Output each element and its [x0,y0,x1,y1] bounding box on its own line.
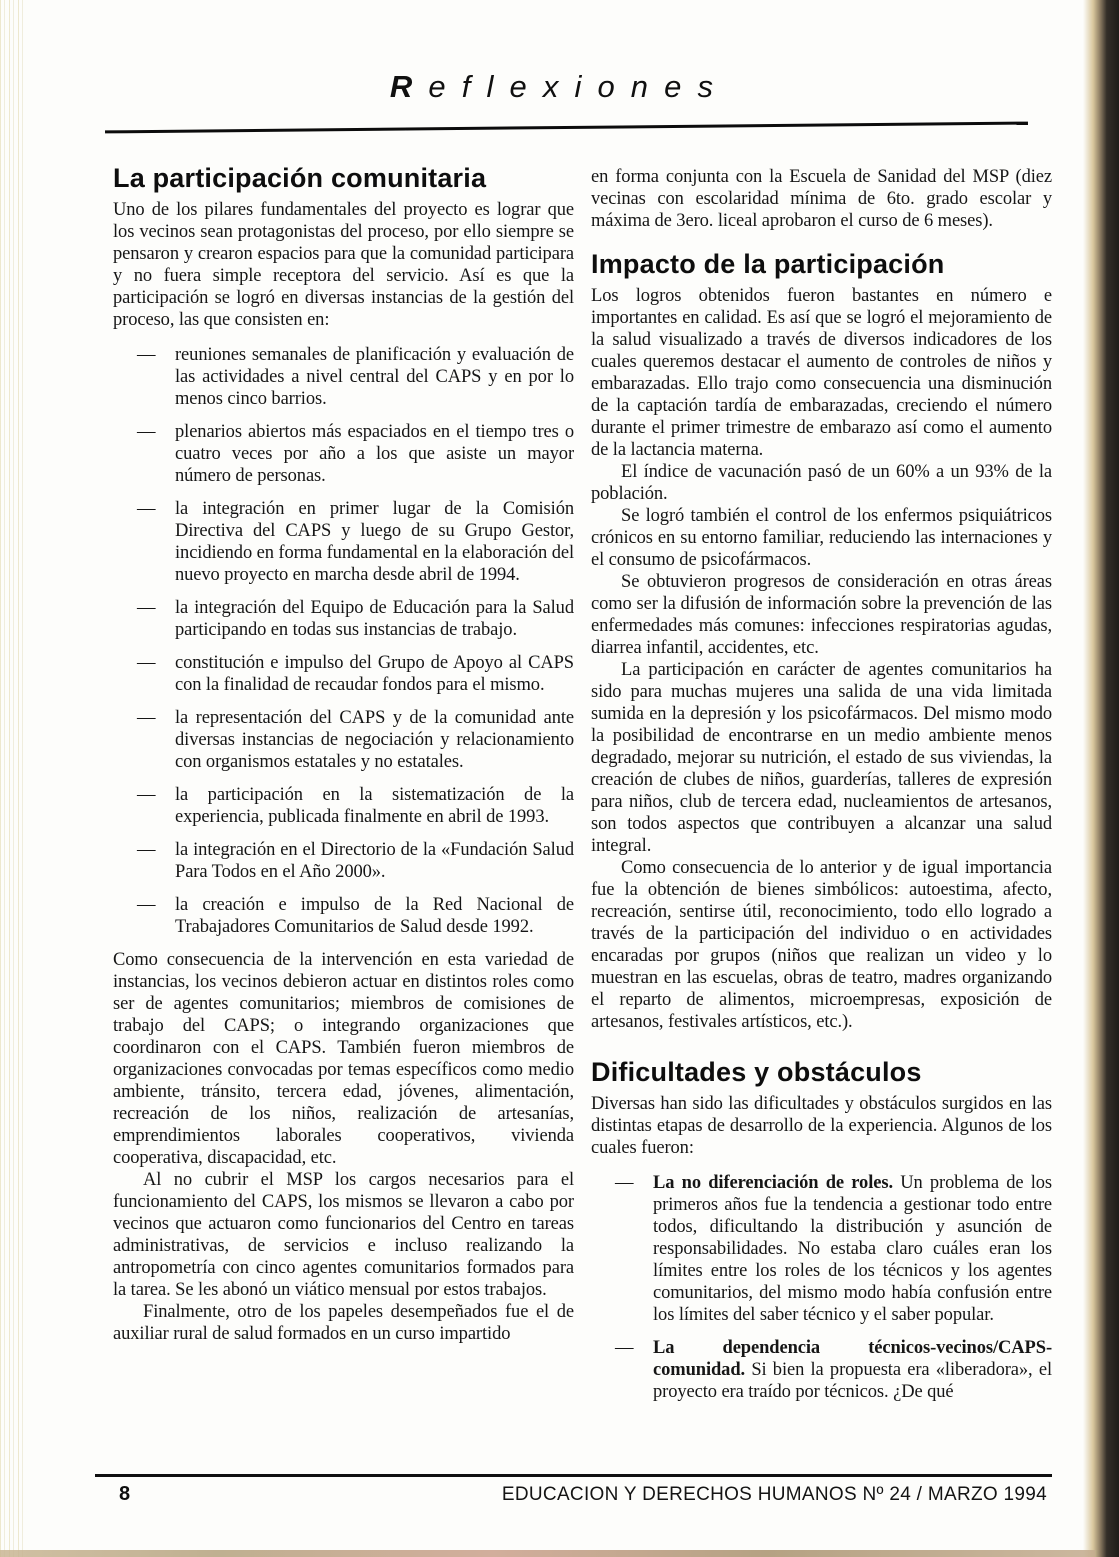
dificultades-list: — La no diferenciación de roles. Un prob… [591,1172,1052,1403]
list-item-body: Un problema de los primeros años fue la … [653,1173,1052,1325]
heading-dificultades: Dificultades y obstáculos [591,1057,1052,1088]
list-item-text: constitución e impulso del Grupo de Apoy… [175,652,574,696]
dash-bullet-marker: — [591,1337,653,1403]
dash-bullet-marker: — [591,1172,653,1326]
list-item-text: reuniones semanales de planificación y e… [175,344,574,410]
masthead: Reflexiones [0,0,1119,98]
scan-edge-bottom [0,1550,1095,1557]
paragraph: Como consecuencia de la intervención en … [113,949,574,1169]
dash-bullet-marker: — [113,707,175,773]
participation-list: — reuniones semanales de planificación y… [113,344,574,938]
list-item: — plenarios abiertos más espaciados en e… [113,421,574,487]
list-item: — La dependencia técnicos-vecinos/CAPS-c… [591,1337,1052,1403]
list-item-text: la integración en el Directorio de la «F… [175,839,574,883]
paragraph: Se logró también el control de los enfer… [591,505,1052,571]
dash-bullet-marker: — [113,784,175,828]
list-item: — la representación del CAPS y de la com… [113,707,574,773]
list-item-text: La dependencia técnicos-vecinos/CAPS-com… [653,1337,1052,1403]
list-item: — la integración del Equipo de Educación… [113,597,574,641]
dash-bullet-marker: — [113,498,175,586]
dash-bullet-marker: — [113,344,175,410]
paragraph-continuation: en forma conjunta con la Escuela de Sani… [591,166,1052,232]
heading-impacto: Impacto de la participación [591,249,1052,280]
paragraph: Como consecuencia de lo anterior y de ig… [591,857,1052,1033]
list-item-text: plenarios abiertos más espaciados en el … [175,421,574,487]
list-item: — constitución e impulso del Grupo de Ap… [113,652,574,696]
list-item-text: la integración en primer lugar de la Com… [175,498,574,586]
left-column: La participación comunitaria Uno de los … [113,163,574,1414]
list-item: — reuniones semanales de planificación y… [113,344,574,410]
scanned-magazine-page: Reflexiones La participación comunitaria… [0,0,1119,1557]
dash-bullet-marker: — [113,421,175,487]
heading-participacion-comunitaria: La participación comunitaria [113,163,574,194]
list-item-text: La no diferenciación de roles. Un proble… [653,1172,1052,1326]
list-item-text: la creación e impulso de la Red Nacional… [175,894,574,938]
paragraph: Finalmente, otro de los papeles desempeñ… [113,1301,574,1345]
list-item: — la creación e impulso de la Red Nacion… [113,894,574,938]
scan-edge-right [1083,0,1119,1557]
footer-rule [95,1474,1052,1477]
list-item: — La no diferenciación de roles. Un prob… [591,1172,1052,1326]
journal-issue-line: EDUCACION Y DERECHOS HUMANOS Nº 24 / MAR… [502,1484,1047,1506]
page-number: 8 [119,1483,130,1506]
list-item-text: la participación en la sistematización d… [175,784,574,828]
dash-bullet-marker: — [113,597,175,641]
paragraph: La participación en carácter de agentes … [591,659,1052,857]
paragraph: Los logros obtenidos fueron bastantes en… [591,285,1052,461]
list-item: — la integración en el Directorio de la … [113,839,574,883]
scan-edge-left [0,0,26,1557]
list-item-text: la integración del Equipo de Educación p… [175,597,574,641]
right-column: en forma conjunta con la Escuela de Sani… [591,163,1052,1414]
paragraph: El índice de vacunación pasó de un 60% a… [591,461,1052,505]
section-title: Reflexiones [0,0,1119,98]
paragraph: Se obtuvieron progresos de consideración… [591,571,1052,659]
paragraph-intro: Uno de los pilares fundamentales del pro… [113,199,574,331]
masthead-rule [105,122,1028,134]
list-item: — la integración en primer lugar de la C… [113,498,574,586]
paragraph-dificultades-intro: Diversas han sido las dificultades y obs… [591,1093,1052,1159]
dash-bullet-marker: — [113,894,175,938]
list-item-text: la representación del CAPS y de la comun… [175,707,574,773]
list-item-lead: La no diferenciación de roles. [653,1173,893,1193]
dash-bullet-marker: — [113,652,175,696]
paragraph: Al no cubrir el MSP los cargos necesario… [113,1169,574,1301]
list-item: — la participación en la sistematización… [113,784,574,828]
dash-bullet-marker: — [113,839,175,883]
article-body: La participación comunitaria Uno de los … [113,163,1053,1414]
